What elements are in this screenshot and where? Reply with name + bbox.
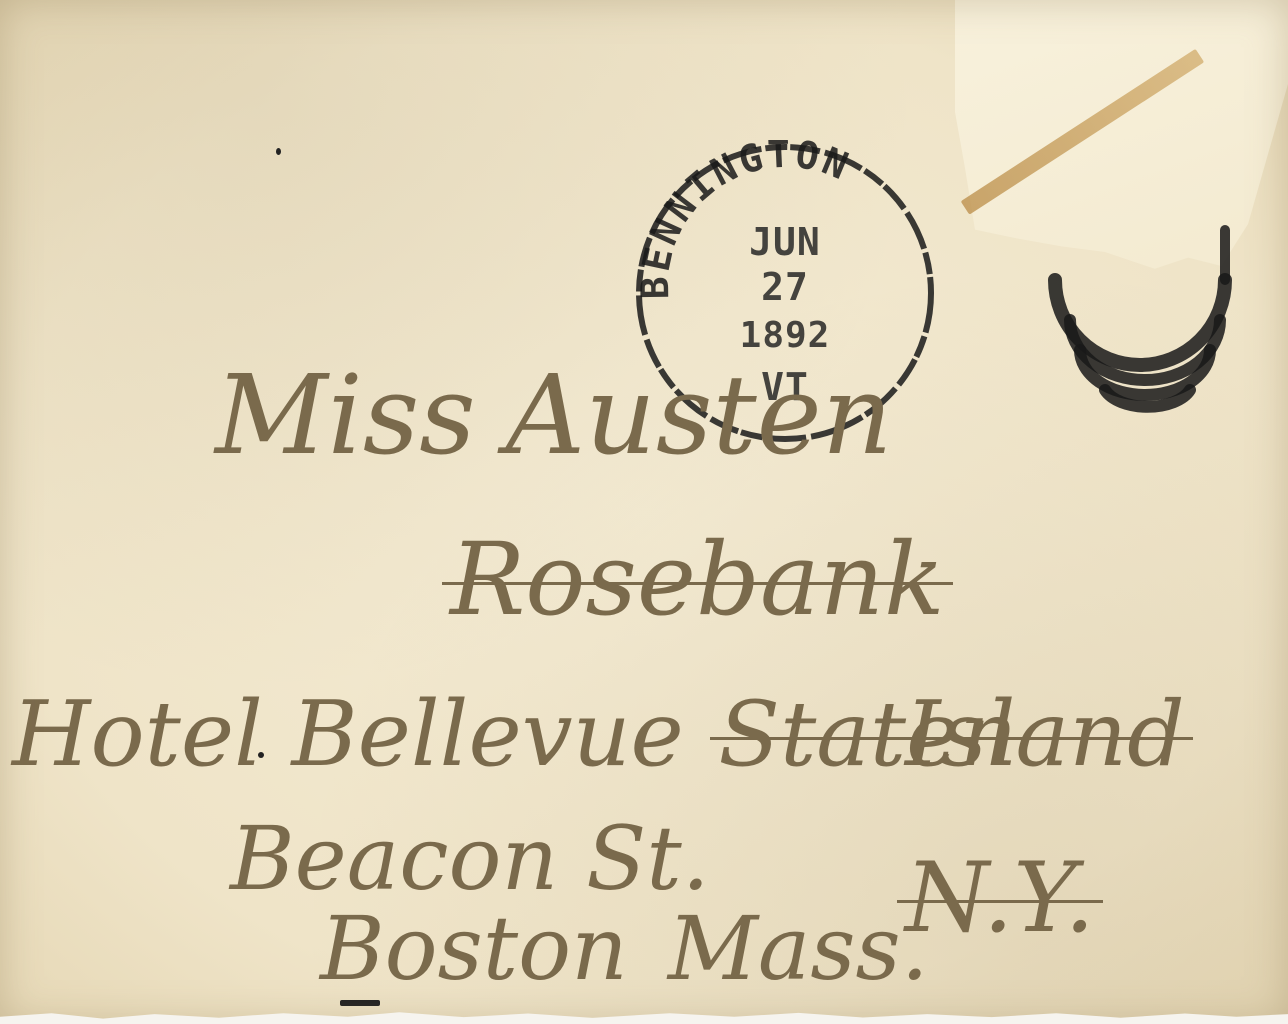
- struck-island-line: Island: [905, 690, 1185, 780]
- recipient-line: MissAusten: [215, 360, 893, 470]
- state: Mass.: [668, 897, 929, 1000]
- postmark-day: 27: [632, 265, 938, 309]
- postmark-year: 1892: [632, 315, 938, 356]
- torn-bottom-edge: [0, 1006, 1288, 1024]
- recipient-surname: Austen: [506, 351, 893, 479]
- ink-speck: [276, 148, 281, 155]
- street-line: Beacon St.: [230, 815, 710, 903]
- envelope: BENNINGTON JUN 27 1892 VT MissAusten Ros…: [0, 0, 1288, 1024]
- hotel-name: Bellevue: [292, 682, 684, 787]
- original-town-struck: Rosebank: [450, 530, 945, 630]
- street: Beacon St.: [230, 807, 710, 910]
- postmark-month: JUN: [632, 220, 938, 264]
- city: Boston: [320, 897, 628, 1000]
- cancellation-arcs-icon: [1040, 220, 1250, 430]
- ink-smudge: [340, 1000, 380, 1006]
- struck-island: Island: [905, 690, 1185, 780]
- ink-speck: [258, 752, 264, 758]
- struck-state: N.Y.: [905, 850, 1095, 946]
- struck-state-line: N.Y.: [905, 850, 1095, 946]
- hotel-line: Hotel Bellevue Staten: [12, 690, 1017, 780]
- cancellation-mark: [1040, 220, 1250, 430]
- original-town-line: Rosebank: [450, 530, 945, 630]
- recipient-title: Miss: [215, 351, 476, 479]
- city-line: BostonMass.: [320, 905, 929, 993]
- hotel-prefix: Hotel: [12, 682, 263, 787]
